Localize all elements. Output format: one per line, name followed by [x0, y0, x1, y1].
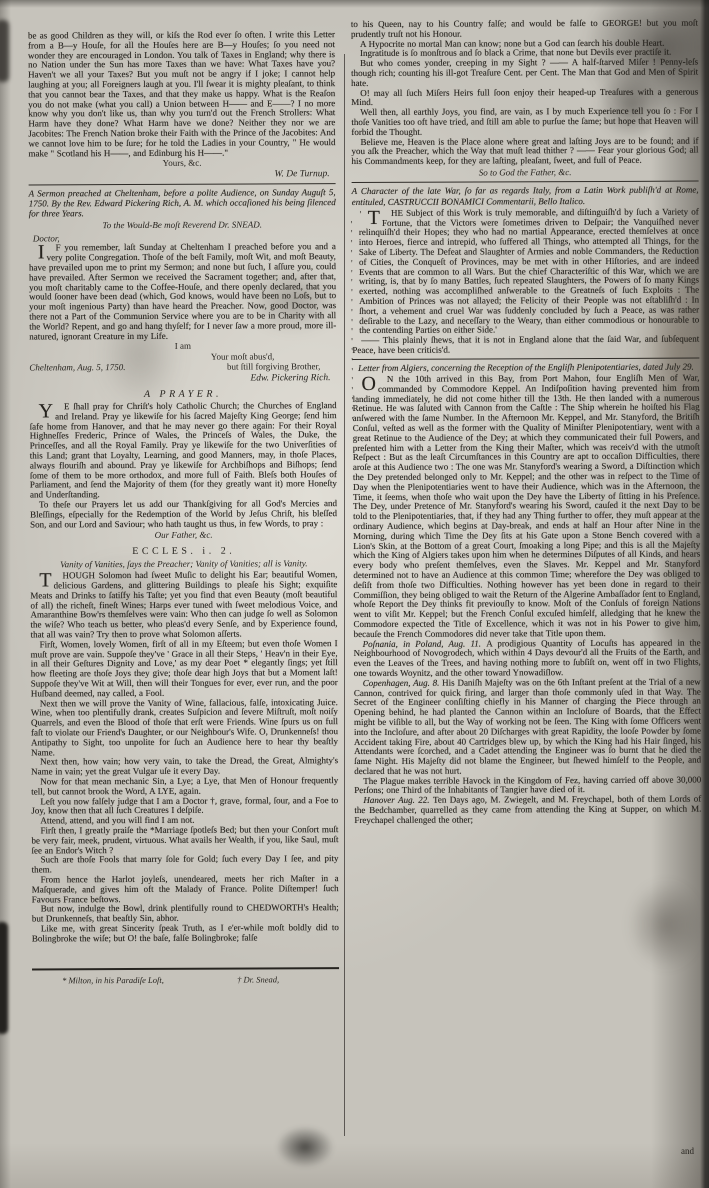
paragraph: Leſt you now falſely judge that I am a D…: [31, 796, 338, 817]
paragraph: ON the 10th arrived in this Bay, from Po…: [352, 374, 700, 640]
heading-line: Our Father, &c.: [30, 529, 337, 542]
horizontal-rule: [29, 183, 336, 185]
paragraph: THOUGH Solomon had ſweet Muſic to deligh…: [30, 570, 337, 640]
paragraph: YE ſhall pray for Chriſt's holy Catholic…: [30, 401, 337, 500]
signature: Edw. Pickering Rich.: [29, 372, 336, 385]
dateline: Cheltenham, Aug. 5, 1750.: [29, 362, 125, 373]
paragraph: Poſnania, in Poland, Aug. 11. A prodigio…: [354, 638, 701, 679]
paragraph: But who comes yonder, creeping in my Sig…: [351, 58, 698, 89]
section-title: ECCLES. i. 2.: [30, 544, 337, 558]
section-title: A PRAYER.: [30, 387, 337, 401]
dateline: Copenhagen, Aug. 8.: [363, 677, 442, 687]
right-column: to his Queen, nay to his Country falſe; …: [351, 19, 702, 984]
left-column: be as good Children as they will, or kiſ…: [28, 20, 339, 985]
paragraph: Hanover Aug. 22. Ten Days ago, M. Zwiege…: [354, 795, 701, 826]
dateline: Poſnania, in Poland, Aug. 11.: [363, 638, 487, 649]
horizontal-rule: [352, 181, 699, 184]
paragraph: THE Subject of this Work is truly memora…: [352, 207, 700, 336]
paragraph: Firſt then, I greatly praiſe the *Marria…: [31, 825, 338, 856]
paragraph: Next then, how vain; how very vain, to t…: [31, 757, 338, 778]
signature: W. De Turnup.: [29, 168, 336, 181]
paragraph: IF you remember, laſt Sunday at Cheltenh…: [29, 243, 336, 342]
paragraph: to his Queen, nay to his Country falſe; …: [351, 19, 698, 40]
page-edge-mark: [0, 20, 9, 82]
paragraph: Next then we will prove the Vanity of Wi…: [31, 698, 338, 758]
dateline: Hanover Aug. 22.: [363, 795, 433, 805]
paragraph: From hence the Harlot joyleſs, unendeare…: [32, 874, 339, 905]
paragraph: Well then, all earthly Joys, you find, a…: [351, 107, 698, 138]
paragraph: But now, indulge the Bowl, drink plentif…: [32, 904, 339, 925]
footnote: * Milton, in his Paradiſe Loſt,: [62, 974, 164, 984]
paragraph: Firſt, Women, lovely Women, firſt of all…: [31, 639, 338, 699]
footnote-row: * Milton, in his Paradiſe Loſt,† Dr. Sne…: [32, 972, 339, 985]
catchword: and: [681, 1146, 694, 1156]
ink-blot: [276, 1126, 334, 1168]
newspaper-page: be as good Children as they will, or kiſ…: [0, 0, 709, 1188]
footnote: † Dr. Snead,: [237, 974, 279, 984]
paragraph: be as good Children as they will, or kiſ…: [28, 30, 336, 159]
drop-cap: I: [29, 244, 47, 261]
drop-cap: T: [359, 209, 382, 226]
paragraph: To theſe our Prayers let us add our Than…: [30, 499, 337, 530]
drop-cap: Y: [30, 402, 56, 419]
section-heading: A Sermon preached at Cheltenham, before …: [29, 187, 336, 219]
paragraph: Believe me, Heaven is the Place alone wh…: [351, 136, 698, 167]
text-columns: be as good Children as they will, or kiſ…: [28, 19, 702, 985]
page-edge-mark: [0, 922, 8, 1034]
section-heading: Letter from Algiers, concerning the Rece…: [352, 361, 699, 373]
section-heading: A Character of the late War, ſo far as r…: [352, 185, 699, 207]
paragraph: Such are thoſe Fools that marry ſole for…: [32, 855, 339, 876]
horizontal-rule: [352, 357, 699, 360]
closing-line: but ſtill forgiving Brother,: [227, 362, 337, 373]
paragraph: Like me, with great Sincerity ſpeak Trut…: [32, 923, 339, 944]
heading-line: To the Would-Be moſt Reverend Dr. SNEAD.: [29, 220, 336, 233]
paragraph: —— This plainly ſhews, that it is not in…: [352, 335, 699, 356]
heading-line: So to God the Father, &c.: [352, 166, 699, 179]
paragraph: Copenhagen, Aug. 8. His Daniſh Majeſty w…: [354, 677, 701, 776]
horizontal-rule: [32, 967, 339, 970]
paragraph: Now for that mean mechanic Sin, a Lye; a…: [31, 776, 338, 797]
drop-cap: T: [30, 572, 53, 589]
